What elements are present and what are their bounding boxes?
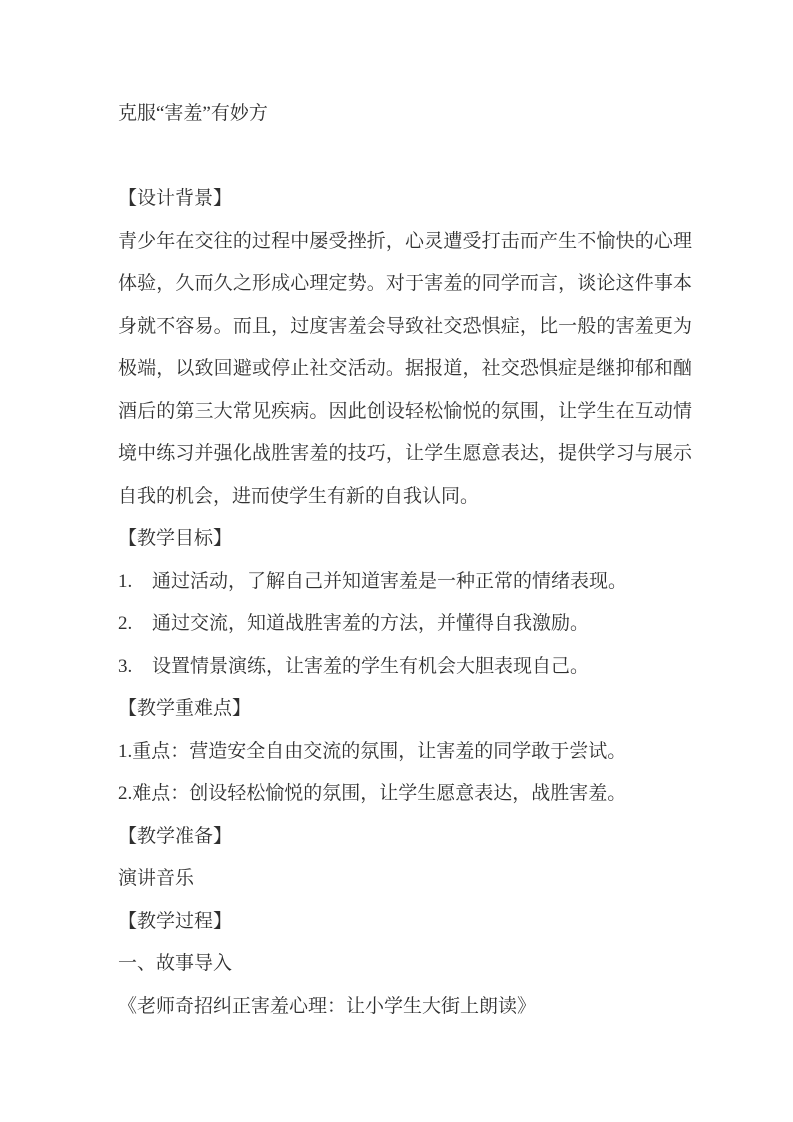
goal-item-3: 3. 设置情景演练，让害羞的学生有机会大胆表现自己。: [118, 646, 692, 689]
goal-item-1-text: 通过活动，了解自己并知道害羞是一种正常的情绪表现。: [152, 561, 692, 604]
process-step-story-intro: 一、故事导入: [118, 943, 692, 986]
goal-item-2-text: 通过交流，知道战胜害羞的方法，并懂得自我激励。: [152, 603, 692, 646]
goal-item-2: 2. 通过交流，知道战胜害羞的方法，并懂得自我激励。: [118, 603, 692, 646]
key-point-difficulty-line: 2.难点：创设轻松愉悦的氛围，让学生愿意表达，战胜害羞。: [118, 773, 692, 816]
section-heading-key-points: 【教学重难点】: [118, 688, 692, 731]
teaching-goals-list: 1. 通过活动，了解自己并知道害羞是一种正常的情绪表现。 2. 通过交流，知道战…: [118, 561, 692, 689]
preparation-content: 演讲音乐: [118, 858, 692, 901]
goal-item-3-text: 设置情景演练，让害羞的学生有机会大胆表现自己。: [152, 646, 692, 689]
goal-item-1-number: 1.: [118, 561, 152, 604]
document-page: 克服“害羞”有妙方 【设计背景】 青少年在交往的过程中屡受挫折，心灵遭受打击而产…: [0, 0, 793, 1122]
blank-line: [118, 136, 692, 179]
goal-item-2-number: 2.: [118, 603, 152, 646]
goal-item-3-number: 3.: [118, 646, 152, 689]
section-heading-preparation: 【教学准备】: [118, 816, 692, 859]
process-story-title: 《老师奇招纠正害羞心理：让小学生大街上朗读》: [118, 986, 692, 1029]
design-background-paragraph: 青少年在交往的过程中屡受挫折，心灵遭受打击而产生不愉快的心理体验，久而久之形成心…: [118, 221, 692, 519]
key-point-emphasis-line: 1.重点：营造安全自由交流的氛围，让害羞的同学敢于尝试。: [118, 731, 692, 774]
document-title: 克服“害羞”有妙方: [118, 93, 692, 136]
section-heading-design-background: 【设计背景】: [118, 178, 692, 221]
section-heading-teaching-goals: 【教学目标】: [118, 518, 692, 561]
goal-item-1: 1. 通过活动，了解自己并知道害羞是一种正常的情绪表现。: [118, 561, 692, 604]
section-heading-process: 【教学过程】: [118, 901, 692, 944]
